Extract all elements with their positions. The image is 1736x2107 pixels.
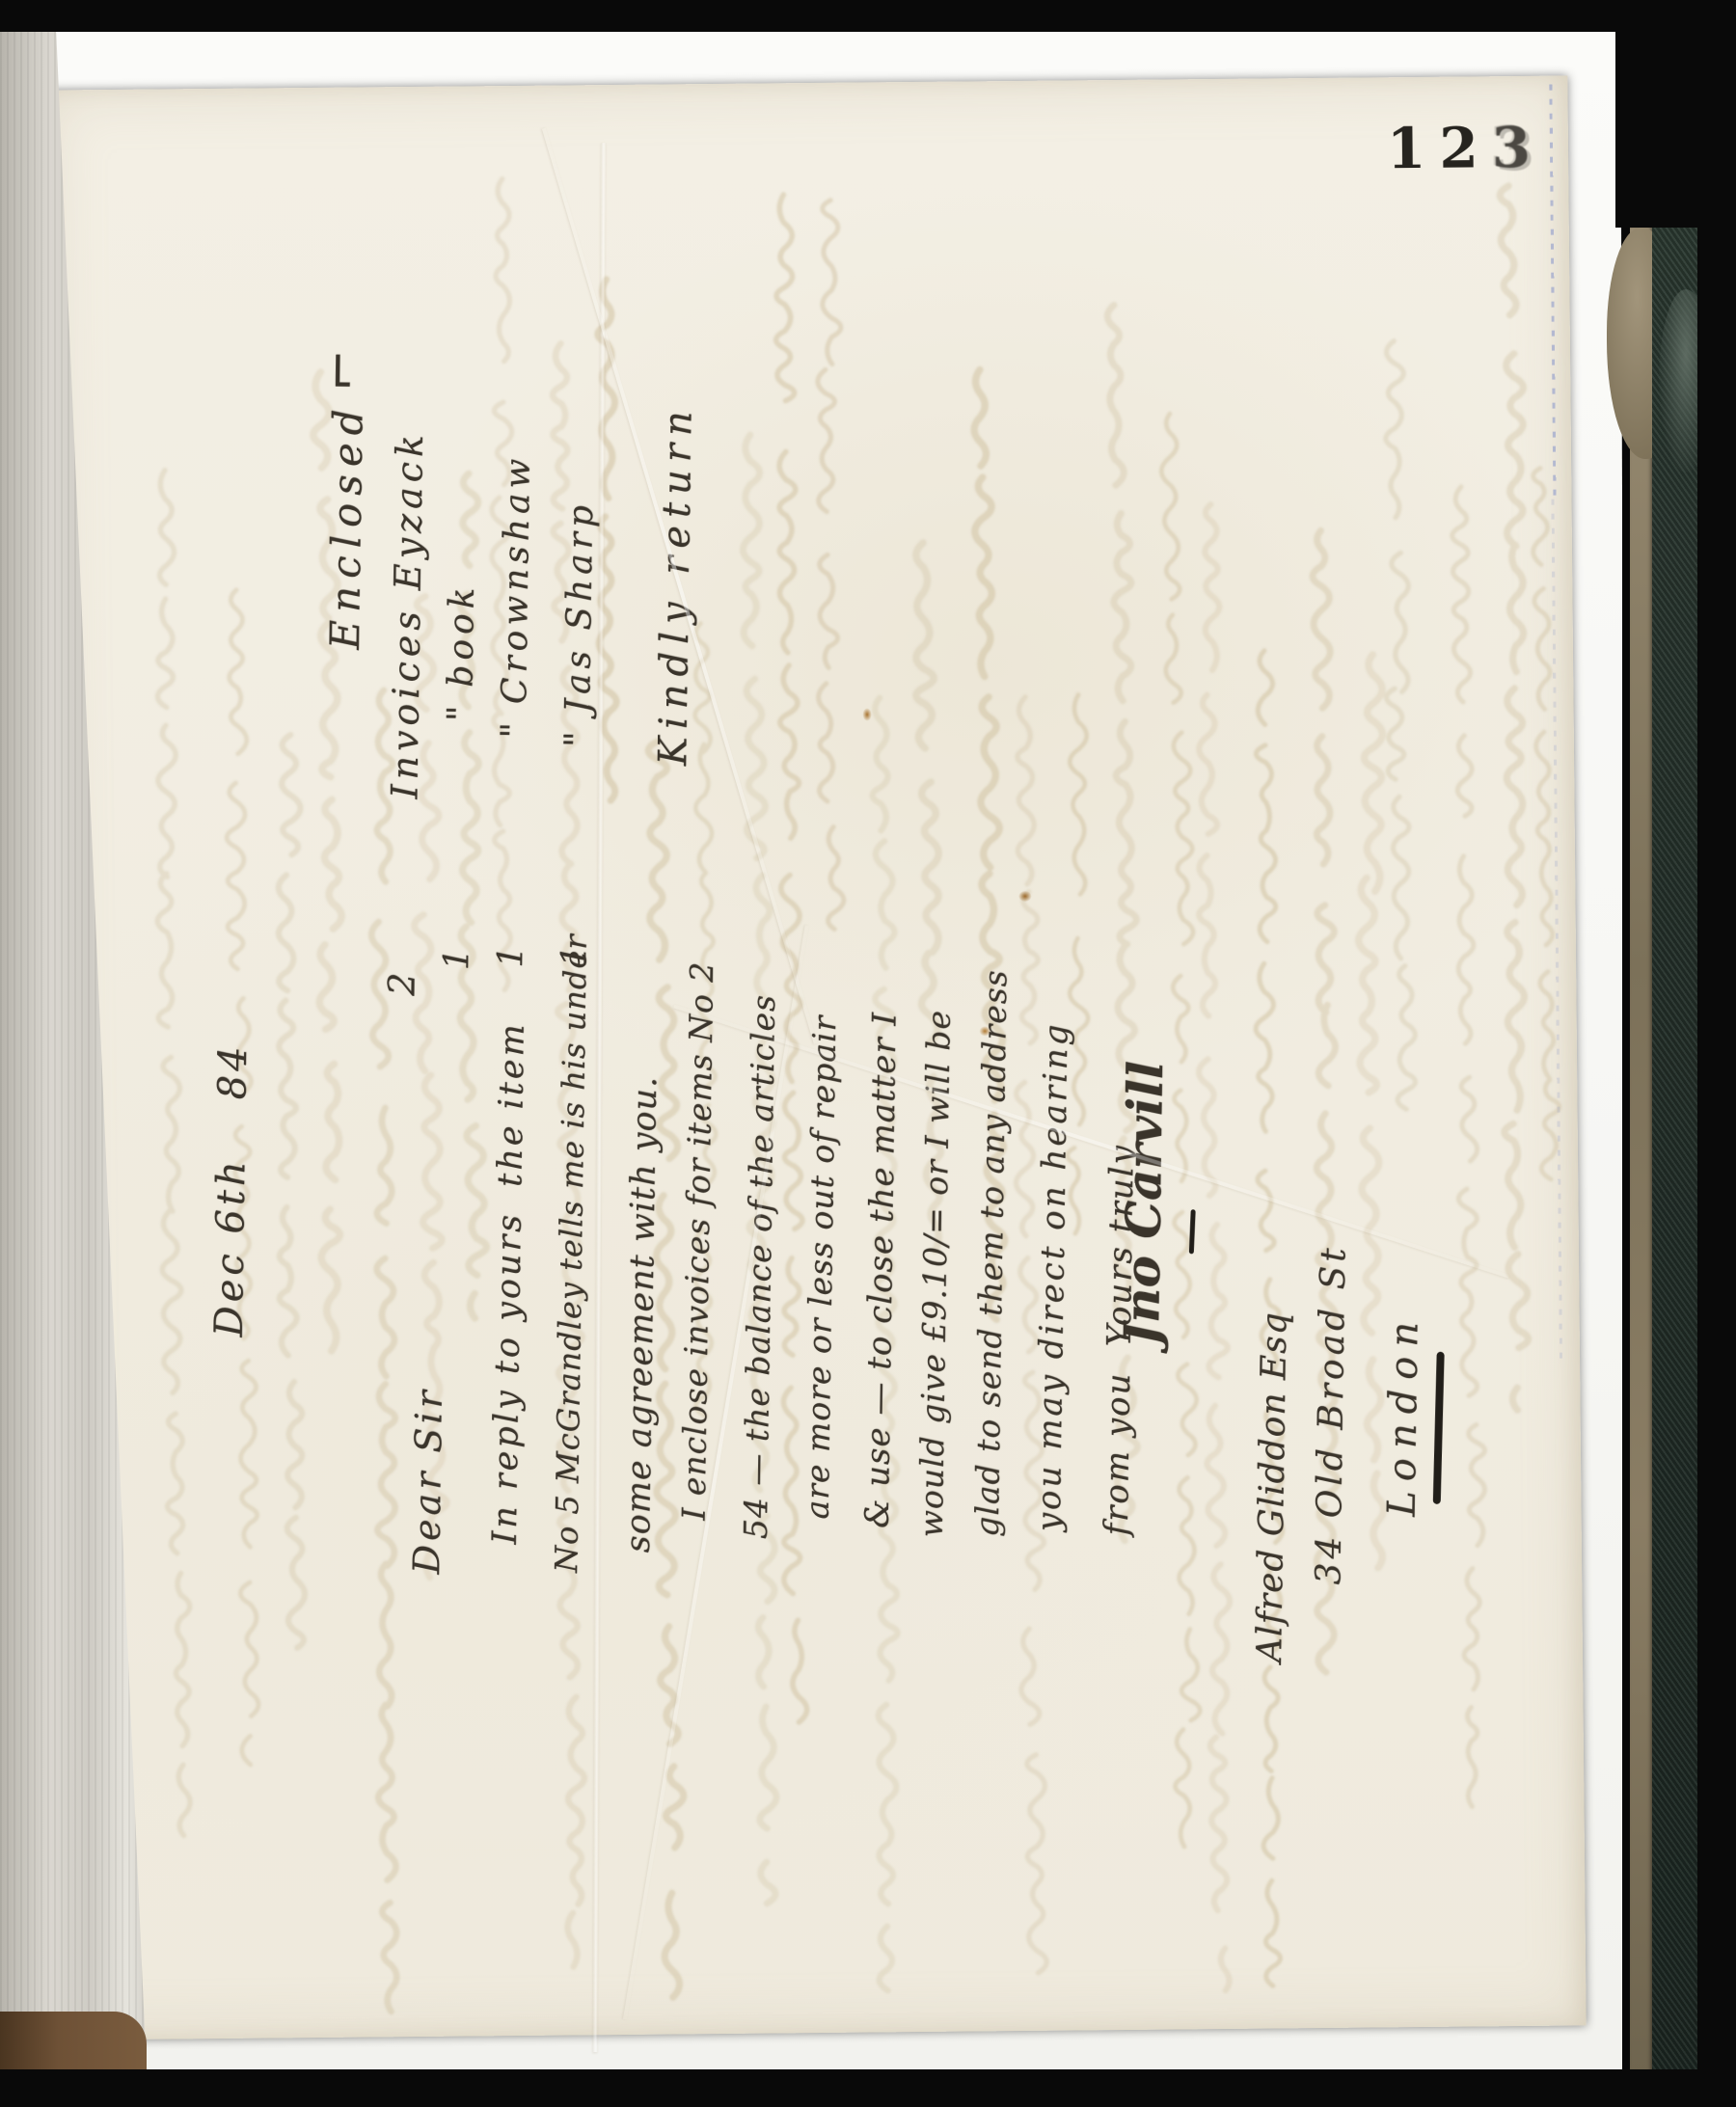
foxing-spot <box>980 1026 990 1036</box>
foxing-spot <box>863 708 872 720</box>
photo-frame-top <box>0 0 1736 32</box>
item-text: Invoices Eyzack <box>383 430 431 799</box>
line-text: the item <box>491 1021 532 1187</box>
addressee-street: 34 Old Broad St <box>1307 1232 1355 1585</box>
letter-line: & use — to close the matter I <box>857 1064 906 1529</box>
city-underline <box>1433 1352 1445 1504</box>
item-text: book <box>441 582 482 688</box>
ditto-mark: " <box>441 700 480 721</box>
letter-line: glad to send them to any address <box>967 1031 1015 1538</box>
stamp-digit: 2 <box>1439 115 1492 181</box>
item-qty: 2 <box>380 967 422 996</box>
page-number-stamp: 123 <box>1387 115 1545 182</box>
ditto-mark: " <box>557 726 597 747</box>
enclosure-item: 1"Crownshaw <box>489 362 541 968</box>
enclosure-item: 1"Jas Sharp <box>553 345 606 968</box>
item-text: Jas Sharp <box>558 500 601 714</box>
photo-frame-top-right <box>1615 0 1736 228</box>
line-text: from you <box>1098 1371 1139 1536</box>
manuscript-page: 123 Enclosed⌐ 2Invoices Eyzack 1"book 1"… <box>46 75 1586 2039</box>
flourish-bracket: ⌐ <box>311 341 370 392</box>
letter-line: would give £9.10/= or I will be <box>911 1040 959 1538</box>
margin-rule-line <box>1549 85 1556 500</box>
date-text: Dec 6th <box>207 1157 255 1337</box>
item-qty: 1 <box>437 943 476 971</box>
letter-line: some agreement with you. <box>618 1148 666 1553</box>
year-text: 84 <box>210 1042 256 1100</box>
enclosure-item: 1"book <box>435 445 486 971</box>
signature-underline <box>1189 1209 1196 1254</box>
item-text: Crownshaw <box>495 453 538 704</box>
signature: Jno Carvill <box>1112 1087 1176 1346</box>
letter-salutation: Dear Sir <box>404 1391 452 1575</box>
letter-line: are more or less out of repair <box>798 1061 844 1520</box>
photo-frame-bottom <box>0 2069 1736 2107</box>
letter-line: No 5 McGrandley tells me is his under <box>547 1042 593 1574</box>
leather-corner <box>0 2012 147 2073</box>
photo-frame-right <box>1697 0 1736 2107</box>
foxing-spot <box>1018 891 1031 902</box>
stamp-digit: 1 <box>1387 116 1440 182</box>
enclosure-item: 2Invoices Eyzack <box>379 412 433 996</box>
enclosure-heading: Enclosed⌐ <box>305 369 375 650</box>
letterbook-photo: { "photo": { "background_color": "#0a0a0… <box>0 0 1736 2107</box>
addressee-name: Alfred Gliddon Esq <box>1248 1344 1296 1663</box>
letter-date: Dec 6th84 <box>205 1042 258 1337</box>
book-cover-edge <box>1652 220 1699 2075</box>
letter-line: In reply to yoursthe item <box>485 1042 534 1545</box>
margin-rule-line <box>1551 500 1562 1367</box>
enclosure-footer: Kindly return <box>649 356 703 767</box>
paper-crease <box>673 1004 1509 1278</box>
addressee-city: London <box>1378 1299 1429 1517</box>
ditto-mark: " <box>495 717 534 739</box>
letter-line: I enclose invoices for items No 2 <box>674 1042 721 1521</box>
stamp-digit: 3 <box>1491 115 1544 181</box>
item-qty: 1 <box>491 940 530 968</box>
enclosure-heading-text: Enclosed <box>321 401 372 650</box>
letter-line: 54 — the balance of the articles <box>736 1068 782 1540</box>
line-text: In reply to yours <box>486 1212 529 1545</box>
page-block-edge <box>1630 226 1654 2073</box>
letter-line: you may direct on hearing <box>1029 1070 1077 1532</box>
